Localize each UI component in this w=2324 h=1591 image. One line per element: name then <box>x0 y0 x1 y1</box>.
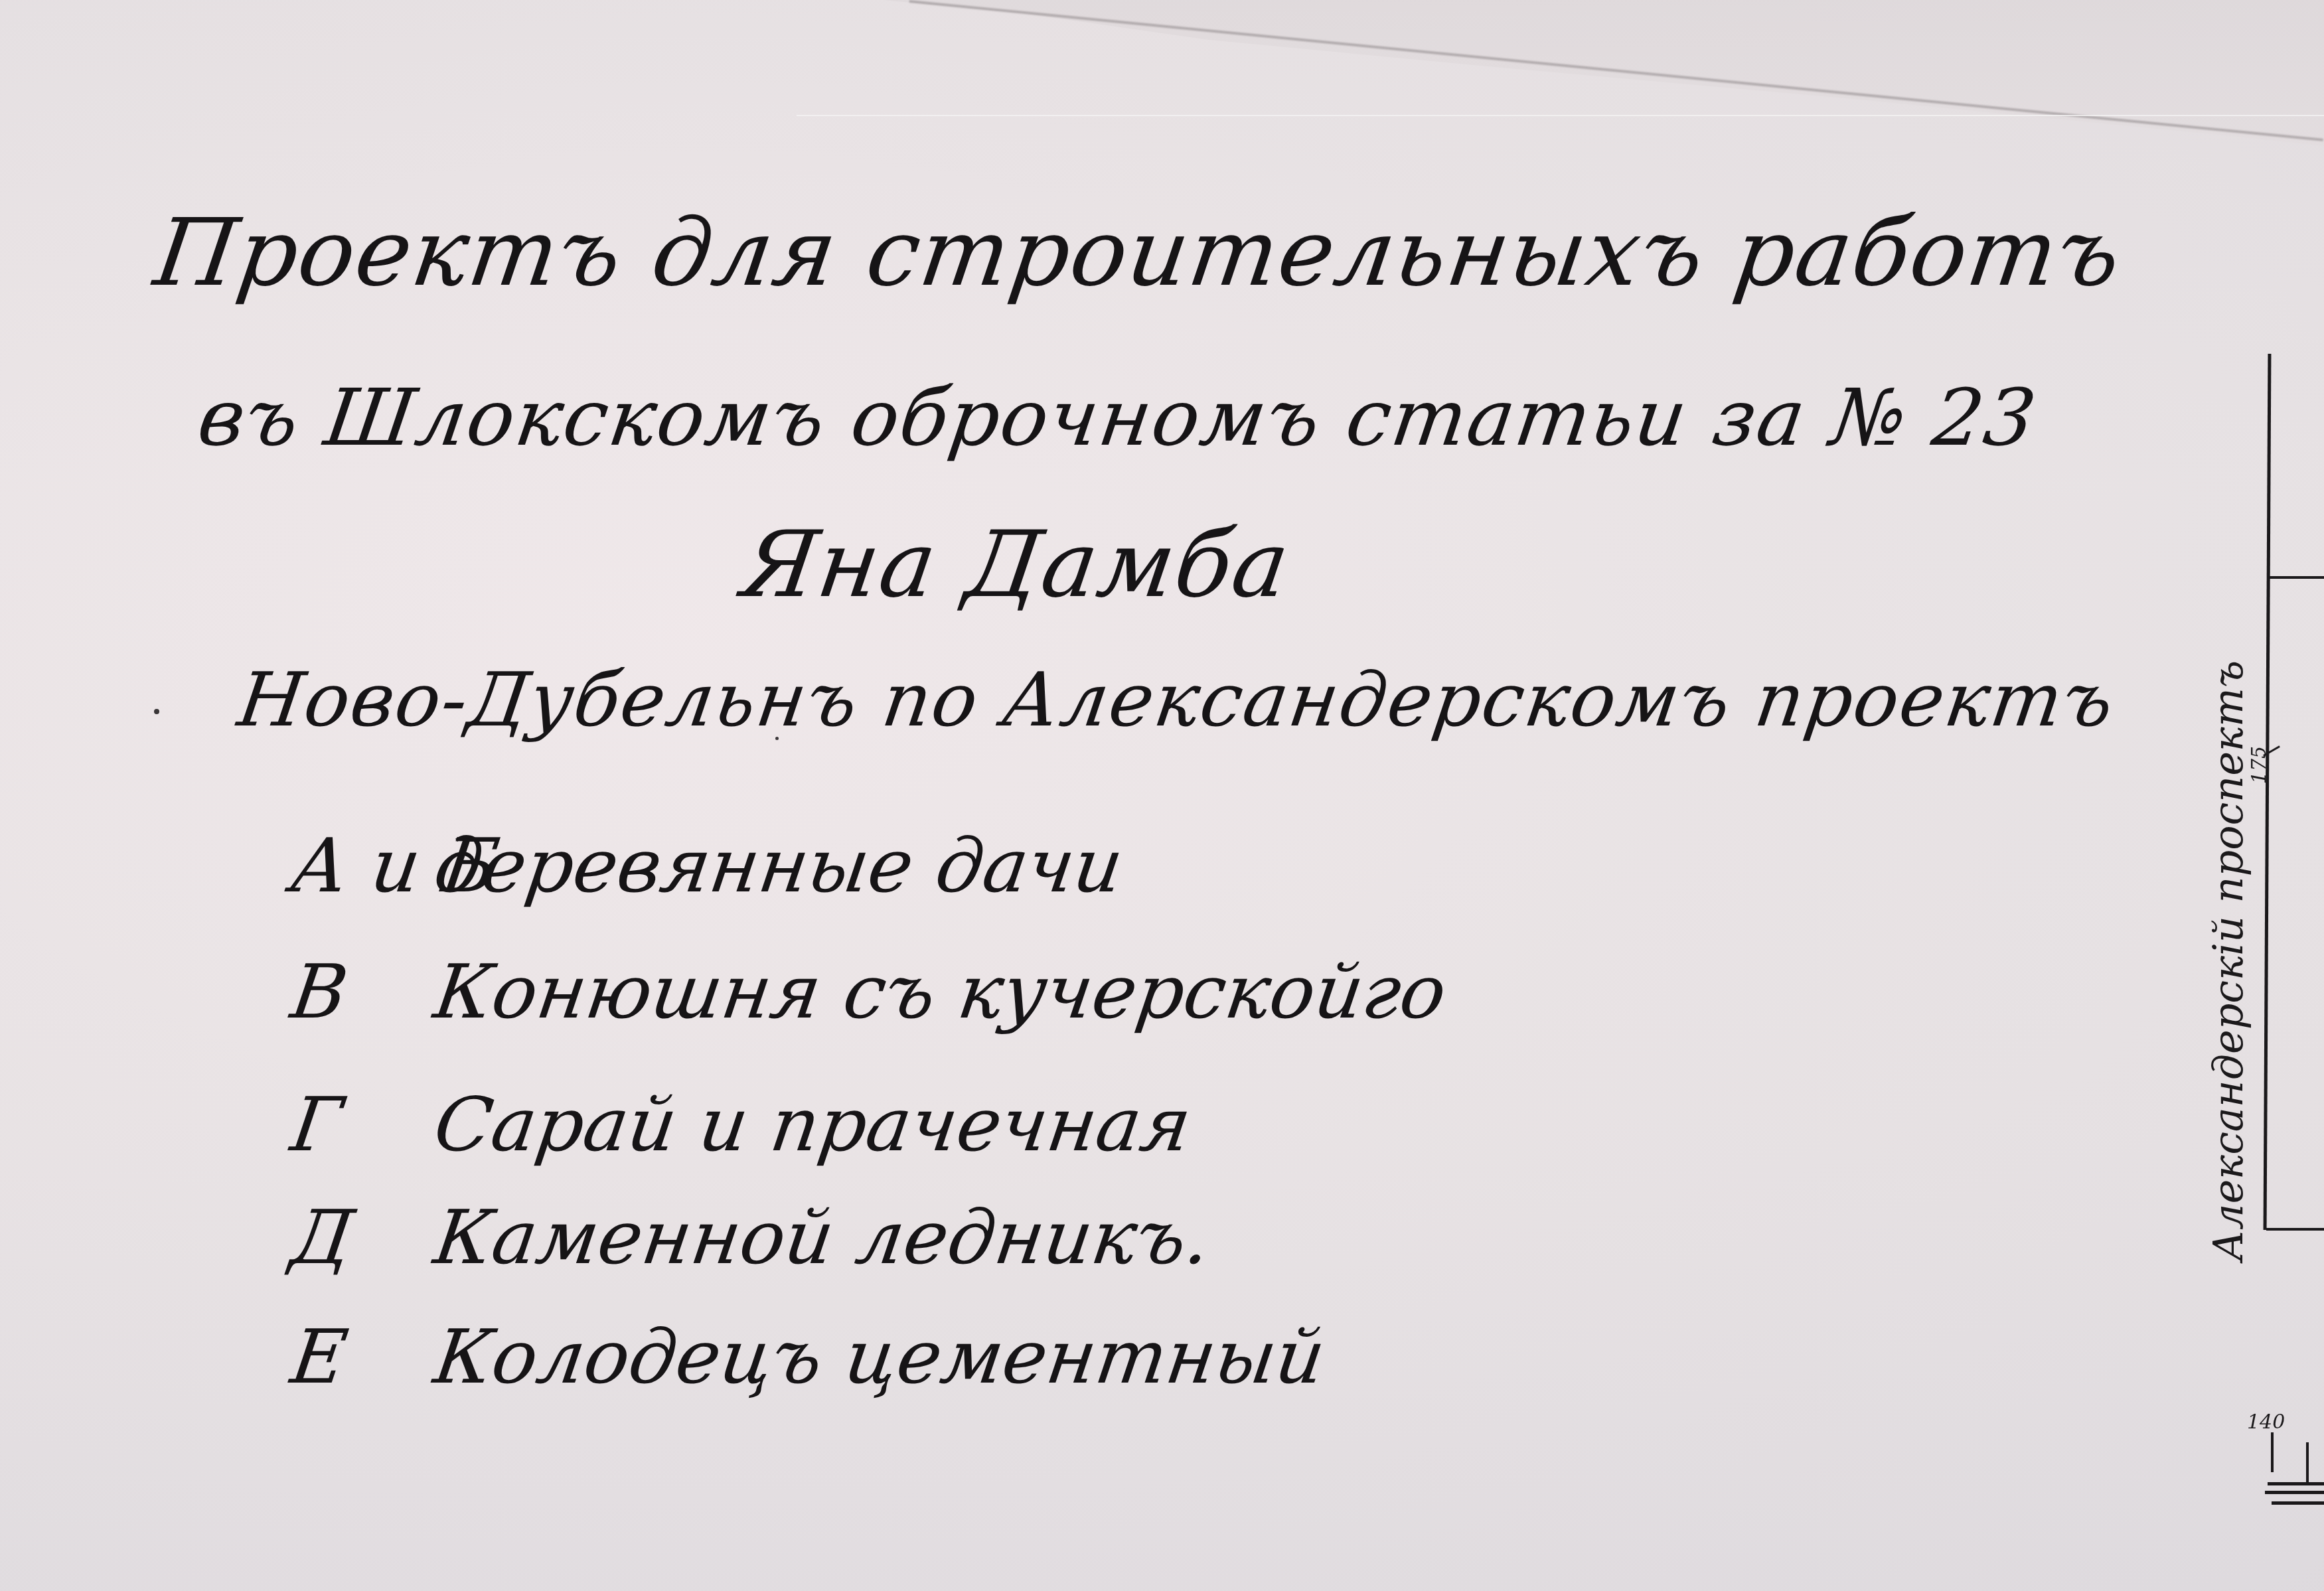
legend-item: Е Колодецъ цементный <box>286 1314 1330 1401</box>
legend-description: Конюшня съ кучерскойго <box>429 949 1451 1035</box>
title-line-4: Ново-Дубельнъ по Александерскомъ проектъ <box>233 657 2120 743</box>
scan-artifact-line <box>797 115 2324 116</box>
legend-item: Г Сарай и прачечная <box>286 1082 1196 1168</box>
legend-item: Д Каменной ледникъ. <box>286 1195 1216 1281</box>
legend-key: А и Б <box>286 823 418 909</box>
dimension-label: 175 <box>2248 746 2271 784</box>
title-line-1: Проектъ для строительныхъ работъ <box>149 199 2129 307</box>
legend-description: Каменной ледникъ. <box>429 1195 1215 1281</box>
legend-key: Г <box>286 1082 418 1168</box>
legend-description: деревянные дачи <box>429 823 1128 909</box>
plan-line <box>2265 1491 2324 1494</box>
title-line-3: Яна Дамба <box>736 511 1297 618</box>
plan-line <box>2268 1482 2324 1485</box>
ink-dot <box>154 709 159 714</box>
street-label-vertical: Александерскій проспектъ <box>2204 660 2252 1261</box>
legend-item: А и Б деревянные дачи <box>286 823 1128 909</box>
legend-item: В Конюшня съ кучерскойго <box>286 949 1452 1035</box>
plan-line <box>2272 1501 2324 1505</box>
dimension-label: 140 <box>2247 1410 2285 1434</box>
legend-key: Е <box>286 1314 418 1401</box>
legend-key: В <box>286 949 418 1035</box>
legend-description: Сарай и прачечная <box>429 1082 1196 1168</box>
dimension-tick <box>2271 1432 2274 1472</box>
dimension-tick <box>2306 1442 2309 1482</box>
legend-key: Д <box>286 1195 418 1281</box>
plan-cross-line <box>2266 1228 2324 1231</box>
ink-dot <box>775 737 779 740</box>
legend-description: Колодецъ цементный <box>429 1314 1330 1401</box>
title-line-2: въ Шлокскомъ оброчномъ статьи за № 23 <box>193 372 2042 463</box>
plan-cross-line <box>2268 576 2324 579</box>
